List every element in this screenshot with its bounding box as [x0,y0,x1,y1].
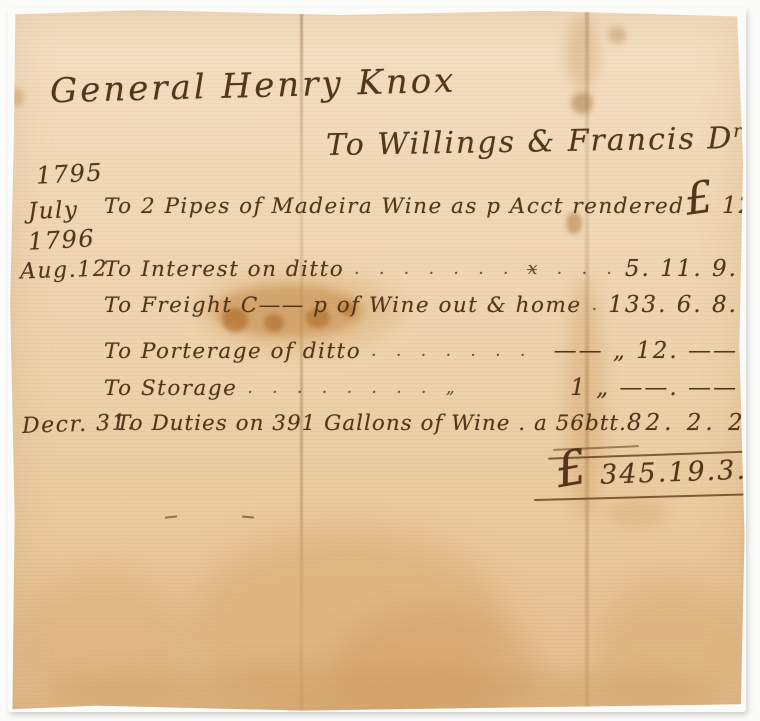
billed-to-text: To Willings & Francis D [326,121,734,163]
line-madeira-amount: 123. 6. 8. [722,193,760,219]
total-amount: 345.19.3. [600,455,748,491]
scanned-document-photo: { "document": { "recipient": "General He… [0,0,760,721]
line-madeira: To 2 Pipes of Madeira Wine as p Acct ren… [104,193,740,219]
billed-to-line: To Willings & Francis Dr 6 [326,116,760,164]
line-freight-dots: . . „ [592,295,599,315]
line-storage-dots: . . . . . . . . „ [247,378,560,398]
line-duties: To Duties on 391 Gallons of Wine . a 56b… [116,410,738,436]
line-duties-amount: 82. 2. 2: [627,410,759,436]
line-interest-desc: To Interest on ditto [104,257,344,282]
line-freight: To Freight C—— p of Wine out & home . . … [104,292,738,318]
ink-speck-2 [242,515,254,518]
recipient-name: General Henry Knox [50,61,457,112]
date-aug-12: Aug.12 [20,256,109,284]
stain-bottom-left [16,566,188,718]
total-pound-sign: £ [556,466,588,472]
stain-bottom-band [46,666,708,714]
line-storage-amount: 1 „ ——. —— [570,375,738,401]
line-storage-desc: To Storage [104,376,237,401]
line-interest-amount: 5. 11. 9. [625,256,738,282]
line-porterage-dots: . . . . . . . „ [371,341,543,361]
line-interest-dots: . . . . . . . x̶ . . . . „ [354,259,615,279]
stain-under-total [606,498,668,528]
line-duties-desc: To Duties on 391 Gallons of Wine . a 56b… [116,411,627,436]
total-line: £ 345.19.3. [556,455,748,493]
pound-sign: £ [685,197,714,201]
stain-left-edge-spot [10,88,24,106]
line-porterage: To Porterage of ditto . . . . . . . „ ——… [104,338,738,364]
line-porterage-amount: —— „ 12. —— [554,338,738,364]
year-1796: 1796 [27,224,95,255]
line-interest: To Interest on ditto . . . . . . . x̶ . … [104,256,738,282]
line-madeira-desc: To 2 Pipes of Madeira Wine as p Acct ren… [104,194,685,219]
line-freight-amount: 133. 6. 8. [608,292,738,318]
billed-to-superscript: r [733,121,744,142]
line-storage: To Storage . . . . . . . . „ 1 „ ——. —— [104,375,738,401]
stain-top-right-spot [571,92,593,114]
invoice-paper: General Henry Knox To Willings & Francis… [8,8,746,712]
date-july: July [28,197,79,225]
stain-top-right-streak [566,16,598,90]
stain-bottom-big [186,526,508,721]
stain-bottom-center [336,606,538,721]
line-freight-desc: To Freight C—— p of Wine out & home [104,293,582,318]
line-porterage-desc: To Porterage of ditto [104,339,361,364]
stain-bottom-right [596,576,748,718]
ink-speck-1 [165,515,177,518]
year-1795: 1795 [35,158,103,189]
stain-top-right-spot-2 [608,26,626,44]
